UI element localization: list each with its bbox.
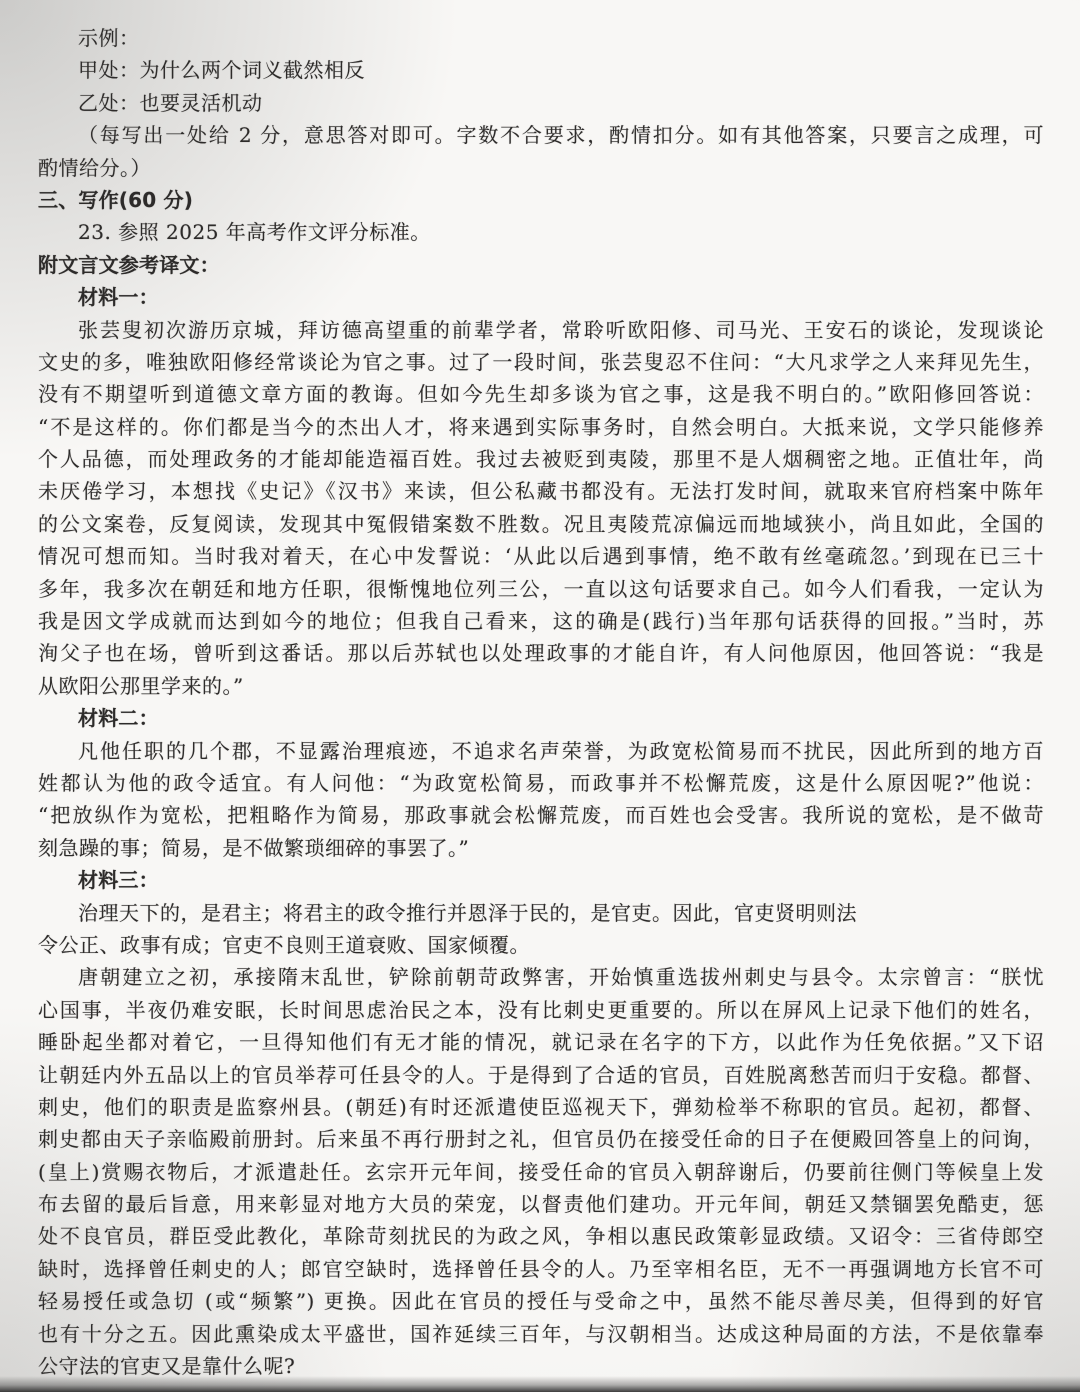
text-line: 睡卧起坐都对着它，一旦得知他们有无才能的情况，就记录在名字的下方，以此作为任免依…	[38, 1026, 1044, 1058]
heading-line: 材料二：	[38, 702, 1044, 734]
heading-line: 三、写作(60 分)	[38, 184, 1044, 216]
text-line: 未厌倦学习，本想找《史记》《汉书》来读，但公私藏书都没有。无法打发时间，就取来官…	[38, 475, 1044, 507]
text-line: 我是因文学成就而达到如今的地位；但我自己看来，这的确是(践行)当年那句话获得的回…	[38, 605, 1044, 637]
text-line: 的公文案卷，反复阅读，发现其中冤假错案数不胜数。况且夷陵荒凉偏远而地域狭小，尚且…	[38, 508, 1044, 540]
text-line: 也有十分之五。因此熏染成太平盛世，国祚延续三百年，与汉朝相当。达成这种局面的方法…	[38, 1318, 1044, 1350]
text-line: 从欧阳公那里学来的。”	[38, 670, 1044, 702]
text-line: 甲处：为什么两个词义截然相反	[38, 54, 1044, 86]
text-line: “把放纵作为宽松，把粗略作为简易，那政事就会松懈荒废，而百姓也会受害。我所说的宽…	[38, 799, 1044, 831]
text-line: 处不良官员，群臣受此教化，革除苛刻扰民的为政之风，争相以惠民政策彰显政绩。又诏令…	[38, 1220, 1044, 1252]
text-line: 唐朝建立之初，承接隋末乱世，铲除前朝苛政弊害，开始慎重选拔州刺史与县令。太宗曾言…	[38, 961, 1044, 993]
text-line: (皇上)赏赐衣物后，才派遣赴任。玄宗开元年间，接受任命的官员入朝辞谢后，仍要前往…	[38, 1156, 1044, 1188]
text-line: （每写出一处给 2 分，意思答对即可。字数不合要求，酌情扣分。如有其他答案，只要…	[38, 119, 1044, 151]
text-line: 轻易授任或急切 (或“频繁”) 更换。因此在官员的授任与受命之中，虽然不能尽善尽…	[38, 1285, 1044, 1317]
text-line: 没有不期望听到道德文章方面的教诲。但如今先生却多谈为官之事，这是我不明白的。”欧…	[38, 378, 1044, 410]
document-body: 示例：甲处：为什么两个词义截然相反乙处：也要灵活机动（每写出一处给 2 分，意思…	[38, 22, 1044, 1382]
text-line: “不是这样的。你们都是当今的杰出人才，将来遇到实际事务时，自然会明白。大抵来说，…	[38, 411, 1044, 443]
text-line: 示例：	[38, 22, 1044, 54]
text-line: 姓都认为他的政令适宜。有人问他：“为政宽松简易，而政事并不松懈荒废，这是什么原因…	[38, 767, 1044, 799]
text-line: 个人品德，而处理政务的才能却能造福百姓。我过去被贬到夷陵，那里不是人烟稠密之地。…	[38, 443, 1044, 475]
text-line: 治理天下的，是君主；将君主的政令推行并恩泽于民的，是官吏。因此，官吏贤明则法	[38, 897, 1044, 929]
heading-line: 附文言文参考译文：	[38, 249, 1044, 281]
text-line: 布去留的最后旨意，用来彰显对地方大员的荣宠，以督责他们建功。开元年间，朝廷又禁锢…	[38, 1188, 1044, 1220]
text-line: 刺史，他们的职责是监察州县。(朝廷)有时还派遣使臣巡视天下，弹劾检举不称职的官员…	[38, 1091, 1044, 1123]
text-line: 多年，我多次在朝廷和地方任职，很惭愧地位列三公，一直以这句话要求自己。如今人们看…	[38, 573, 1044, 605]
text-line: 文史的多，唯独欧阳修经常谈论为官之事。过了一段时间，张芸叟忍不住问：“大凡求学之…	[38, 346, 1044, 378]
text-line: 乙处：也要灵活机动	[38, 87, 1044, 119]
text-line: 凡他任职的几个郡，不显露治理痕迹，不追求名声荣誉，为政宽松简易而不扰民，因此所到…	[38, 735, 1044, 767]
text-line: 刻急躁的事；简易，是不做繁琐细碎的事罢了。”	[38, 832, 1044, 864]
text-line: 刺史都由天子亲临殿前册封。后来虽不再行册封之礼，但官员仍在接受任命的日子在便殿回…	[38, 1123, 1044, 1155]
heading-line: 材料三：	[38, 864, 1044, 896]
text-line: 缺时，选择曾任刺史的人；郎官空缺时，选择曾任县令的人。乃至宰相名臣，无不一再强调…	[38, 1253, 1044, 1285]
text-line: 23. 参照 2025 年高考作文评分标准。	[38, 216, 1044, 248]
text-line: 张芸叟初次游历京城，拜访德高望重的前辈学者，常聆听欧阳修、司马光、王安石的谈论，…	[38, 314, 1044, 346]
document-page: 示例：甲处：为什么两个词义截然相反乙处：也要灵活机动（每写出一处给 2 分，意思…	[0, 0, 1080, 1392]
text-line: 心国事，半夜仍难安眠，长时间思虑治民之本，没有比刺史更重要的。所以在屏风上记录下…	[38, 994, 1044, 1026]
text-line: 酌情给分。）	[38, 152, 1044, 184]
text-line: 情况可想而知。当时我对着天，在心中发誓说：‘从此以后遇到事情，绝不敢有丝毫疏忽。…	[38, 540, 1044, 572]
text-line: 洵父子也在场，曾听到这番话。那以后苏轼也以处理政事的才能自许，有人问他原因，他回…	[38, 637, 1044, 669]
text-line: 让朝廷内外五品以上的官员举荐可任县令的人。于是得到了合适的官员，百姓脱离愁苦而归…	[38, 1059, 1044, 1091]
heading-line: 材料一：	[38, 281, 1044, 313]
text-line: 公守法的官吏又是靠什么呢?	[38, 1350, 1044, 1382]
text-line: 令公正、政事有成；官吏不良则王道衰败、国家倾覆。	[38, 929, 1044, 961]
